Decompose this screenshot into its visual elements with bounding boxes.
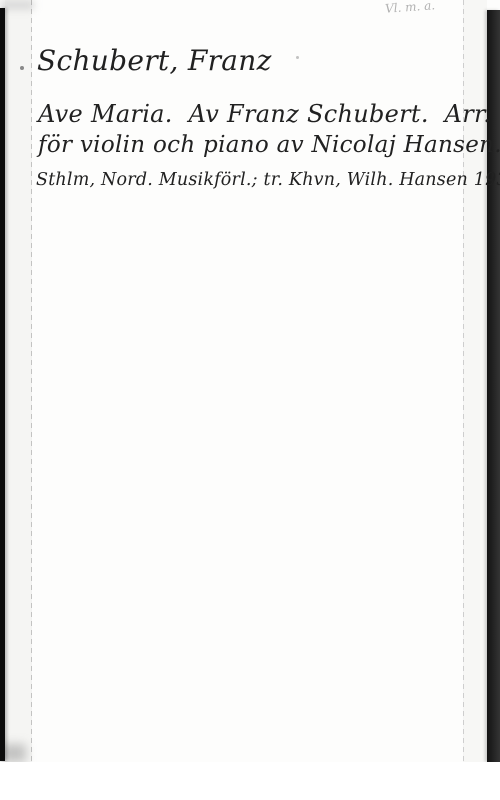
pencil-classification-annotation: Vl. m. a.	[385, 0, 436, 16]
paper-speck	[296, 56, 299, 59]
film-edge-left	[0, 8, 5, 761]
card-heading-composer-name: Schubert, Franz	[37, 44, 272, 77]
margin-dot-mark	[20, 66, 24, 70]
scan-bottom-blank-area	[0, 762, 500, 800]
entry-line-imprint: Sthlm, Nord. Musikförl.; tr. Khvn, Wilh.…	[36, 170, 500, 190]
left-crease-rule-line	[31, 0, 32, 762]
card-left-margin-strip	[5, 0, 31, 762]
entry-line-title: Ave Maria. Av Franz Schubert. Arr.	[38, 100, 491, 128]
entry-line-arrangement: för violin och piano av Nicolaj Hansen.	[38, 132, 500, 158]
scanned-catalog-card: Vl. m. a. Schubert, Franz Ave Maria. Av …	[0, 0, 500, 800]
scan-smudge-top-left	[0, 0, 34, 10]
